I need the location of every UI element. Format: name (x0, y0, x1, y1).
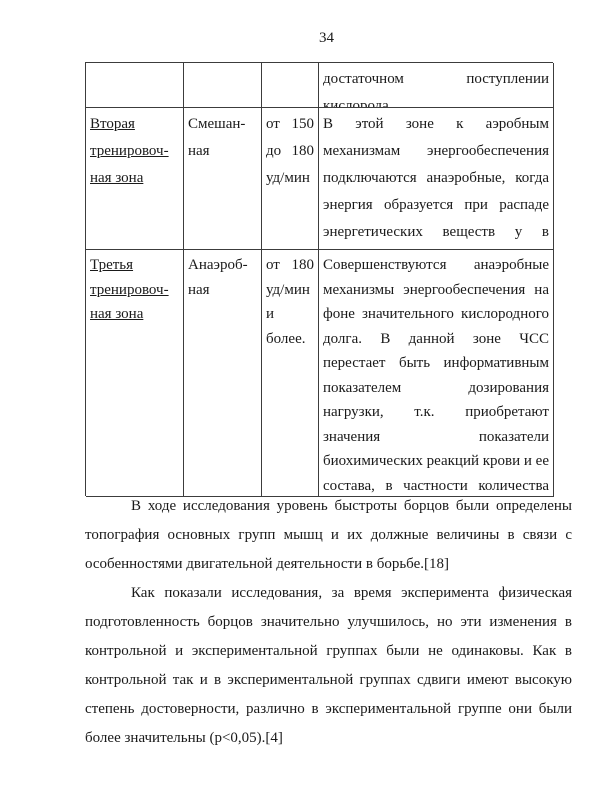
zone-cell-empty (86, 63, 184, 108)
hr-value-line: от 180 (266, 253, 314, 278)
hr-cell: от 150 до 180 уд/мин (262, 108, 319, 250)
body-text: В ходе исследования уровень быстроты бор… (85, 492, 572, 753)
zone-name-line: ная зона (90, 302, 179, 327)
hr-value-line: от 150 (266, 111, 314, 138)
hr-value-line: уд/мин (266, 165, 314, 192)
training-zones-table: достаточном поступлении кислорода. Втора… (85, 62, 553, 496)
type-cell: Смешан- ная (184, 108, 262, 250)
type-cell-empty (184, 63, 262, 108)
type-line: ная (188, 278, 257, 303)
zone-cell: Вторая тренировоч- ная зона (86, 108, 184, 250)
hr-cell: от 180 уд/мин и более. (262, 250, 319, 497)
zone-name-line: Третья (90, 253, 179, 278)
description-cell: Совершенствуются анаэробные механизмы эн… (319, 250, 554, 497)
type-line: ная (188, 138, 257, 165)
zone-name-line: Вторая (90, 111, 179, 138)
hr-cell-empty (262, 63, 319, 108)
zone-cell: Третья тренировоч- ная зона (86, 250, 184, 497)
hr-value-line: уд/мин (266, 278, 314, 303)
type-line: Анаэроб- (188, 253, 257, 278)
page-number: 34 (85, 30, 568, 47)
hr-value-line: более. (266, 327, 314, 352)
paragraph: Как показали исследования, за время эксп… (85, 579, 572, 753)
description-cell: В этой зоне к аэробным механизмам энерго… (319, 108, 554, 250)
hr-value-line: и (266, 302, 314, 327)
zone-name-line: ная зона (90, 165, 179, 192)
zone-name-line: тренировоч- (90, 278, 179, 303)
type-line: Смешан- (188, 111, 257, 138)
hr-value-line: до 180 (266, 138, 314, 165)
description-cell: достаточном поступлении кислорода. (319, 63, 554, 108)
paragraph: В ходе исследования уровень быстроты бор… (85, 492, 572, 579)
type-cell: Анаэроб- ная (184, 250, 262, 497)
zone-name-line: тренировоч- (90, 138, 179, 165)
document-page: 34 достаточном поступлении кислорода. Вт… (0, 0, 612, 792)
